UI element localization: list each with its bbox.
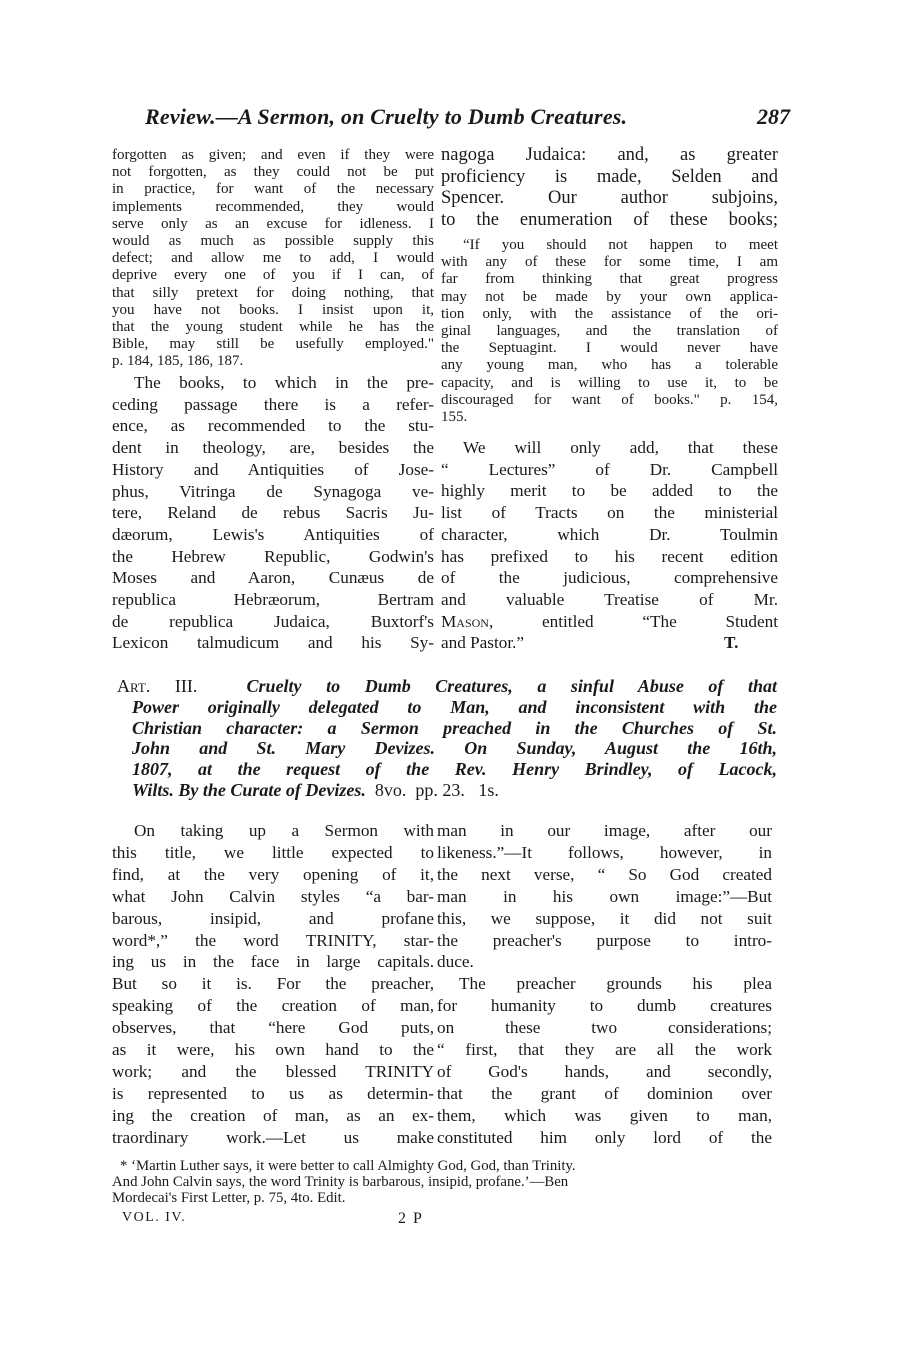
text-line: character, which Dr. Toulmin [441,524,778,546]
text-line: phus, Vitringa de Synagoga ve- [112,481,434,503]
text-line: tere, Reland de rebus Sacris Ju- [112,502,434,524]
text-line: proficiency is made, Selden and [441,167,778,189]
text-line: this title, we little expected to [112,842,434,864]
footnote: * ‘Martin Luther says, it were better to… [112,1158,777,1206]
text-line: deprive every one of you if I can, of [112,267,434,284]
text-line: that silly pretext for doing nothing, th… [112,285,434,302]
journal-page: Review.—A Sermon, on Cruelty to Dumb Cre… [0,0,924,1345]
right-column-closing: We will only add, that these “ Lectures”… [441,437,778,654]
article-title-line: Cruelty to Dumb Creatures, a sinful Abus… [247,676,777,696]
text-line: tion only, with the assistance of the or… [441,306,778,323]
price: 1s. [478,780,499,800]
article-title-line: John and St. Mary Devizes. On Sunday, Au… [117,738,777,759]
text-line: The books, to which in the pre- [112,372,434,394]
text-line: On taking up a Sermon with [112,820,434,842]
text-line: ceding passage there is a refer- [112,394,434,416]
text-line: capacity, and is willing to use it, to b… [441,375,778,392]
text-line: The preacher grounds his plea [437,973,772,995]
page-reference: p. 184, 185, 186, 187. [112,353,434,370]
volume-mark: VOL. IV. [122,1210,186,1226]
text-line: defect; and allow me to add, I would [112,250,434,267]
book-format: 8vo. [375,780,407,800]
article-heading: Art. III. Cruelty to Dumb Creatures, a s… [117,676,777,801]
text-line: this, we suppose, it did not suit [437,908,772,930]
text-line: of God's hands, and secondly, [437,1061,772,1083]
running-head: Review.—A Sermon, on Cruelty to Dumb Cre… [110,104,790,136]
text-line: that the young student while he has the [112,319,434,336]
text-line: History and Antiquities of Jose- [112,459,434,481]
running-head-title: Review.—A Sermon, on Cruelty to Dumb Cre… [145,104,627,130]
text-line: But so it is. For the preacher, [112,973,434,995]
text-line: Lexicon talmudicum and his Sy- [112,632,434,654]
text-line: them, which was given to man, [437,1105,772,1127]
article-label: Art. III. [117,676,197,696]
text-line: the preacher's purpose to intro- [437,930,772,952]
text-line: ing the creation of man, as an ex- [112,1105,434,1127]
text-line: word*,” the word TRINITY, star- [112,930,434,952]
text-line: to the enumeration of these books; [441,210,778,232]
text-line: discouraged for want of books." p. 154, [441,392,778,409]
text-line: for humanity to dumb creatures [437,995,772,1017]
text-line: list of Tracts on the ministerial [441,502,778,524]
text-line: any young man, who has a tolerable [441,357,778,374]
text-line: ing us in the face in large capitals. [112,951,434,973]
text-line: constituted him only lord of the [437,1127,772,1149]
footnote-line: Mordecai's First Letter, p. 75, 4to. Edi… [112,1190,777,1206]
text-line: work; and the blessed TRINITY [112,1061,434,1083]
text-line: in practice, for want of the necessary [112,181,434,198]
text-line: “ first, that they are all the work [437,1039,772,1061]
text-line: find, at the very opening of it, [112,864,434,886]
article-title-line: 1807, at the request of the Rev. Henry B… [117,759,777,780]
article-title-line: Wilts. By the Curate of Devizes. [132,780,366,800]
text-line: highly merit to be added to the [441,480,778,502]
text-line: We will only add, that these [441,437,778,459]
text-line: and valuable Treatise of Mr. [441,589,778,611]
page-reference: 155. [441,409,778,426]
text-line: “ Lectures” of Dr. Campbell [441,459,778,481]
text-line: Mason, entitled “The Student [441,611,778,633]
text-line: as it were, his own hand to the [112,1039,434,1061]
page-count: pp. 23. [415,780,465,800]
footnote-line: And John Calvin says, the word Trinity i… [112,1174,777,1190]
text-line: Bible, may still be usefully employed." [112,336,434,353]
right-column-body: nagoga Judaica: and, as greater proficie… [441,145,778,231]
text-line: that the grant of dominion over [437,1083,772,1105]
footnote-line: * ‘Martin Luther says, it were better to… [112,1158,777,1174]
text-line: with any of these for some time, I am [441,254,778,271]
author-name-mason: Mason [441,612,489,631]
left-column-quote: forgotten as given; and even if they wer… [112,147,434,371]
text-line: dæorum, Lewis's Antiquities of [112,524,434,546]
reviewer-signature: T. [724,632,738,654]
text-line: the Hebrew Republic, Godwin's [112,546,434,568]
text-line: forgotten as given; and even if they wer… [112,147,434,164]
text-line: on these two considerations; [437,1017,772,1039]
text-line: implements recommended, they would [112,199,434,216]
text-line: is represented to us as determin- [112,1083,434,1105]
text-line: would as much as possible supply this [112,233,434,250]
text-line: dent in theology, are, besides the [112,437,434,459]
text-line: republica Hebræorum, Bertram [112,589,434,611]
text-line: Spencer. Our author subjoins, [441,188,778,210]
article-title-line: Christian character: a Sermon preached i… [117,718,777,739]
page-number: 287 [757,104,790,130]
text-line: “If you should not happen to meet [441,237,778,254]
text-line: and Pastor.”T. [441,632,778,654]
text-line: what John Calvin styles “a bar- [112,886,434,908]
text-line: de republica Judaica, Buxtorf's [112,611,434,633]
text-line: ginal languages, and the translation of [441,323,778,340]
text-line: the next verse, “ So God created [437,864,772,886]
text-line: the Septuagint. I would never have [441,340,778,357]
text-line: man in his own image:”—But [437,886,772,908]
gathering-signature: 2 P [398,1210,423,1228]
lower-right-column: man in our image, after our likeness.”—I… [437,820,772,1149]
text-line: speaking of the creation of man, [112,995,434,1017]
text-line: duce. [437,951,772,973]
text-line: nagoga Judaica: and, as greater [441,145,778,167]
right-column-quote: “If you should not happen to meet with a… [441,237,778,426]
text-line: not forgotten, as they could not be put [112,164,434,181]
text-line: barous, insipid, and profane [112,908,434,930]
text-line: far from thinking that great progress [441,271,778,288]
text-line: serve only as an excuse for idleness. I [112,216,434,233]
text-line: traordinary work.—Let us make [112,1127,434,1149]
text-line: you have not books. I insist upon it, [112,302,434,319]
text-line: ence, as recommended to the stu- [112,415,434,437]
text-line: man in our image, after our [437,820,772,842]
text-line: may not be made by your own applica- [441,289,778,306]
text-line: likeness.”—It follows, however, in [437,842,772,864]
text-line: Moses and Aaron, Cunæus de [112,567,434,589]
text-line: has prefixed to his recent edition [441,546,778,568]
lower-left-column: On taking up a Sermon with this title, w… [112,820,434,1149]
text-line: of the judicious, comprehensive [441,567,778,589]
left-column-body: The books, to which in the pre- ceding p… [112,372,434,654]
article-title-line: Power originally delegated to Man, and i… [117,697,777,718]
text-line: observes, that “here God puts, [112,1017,434,1039]
